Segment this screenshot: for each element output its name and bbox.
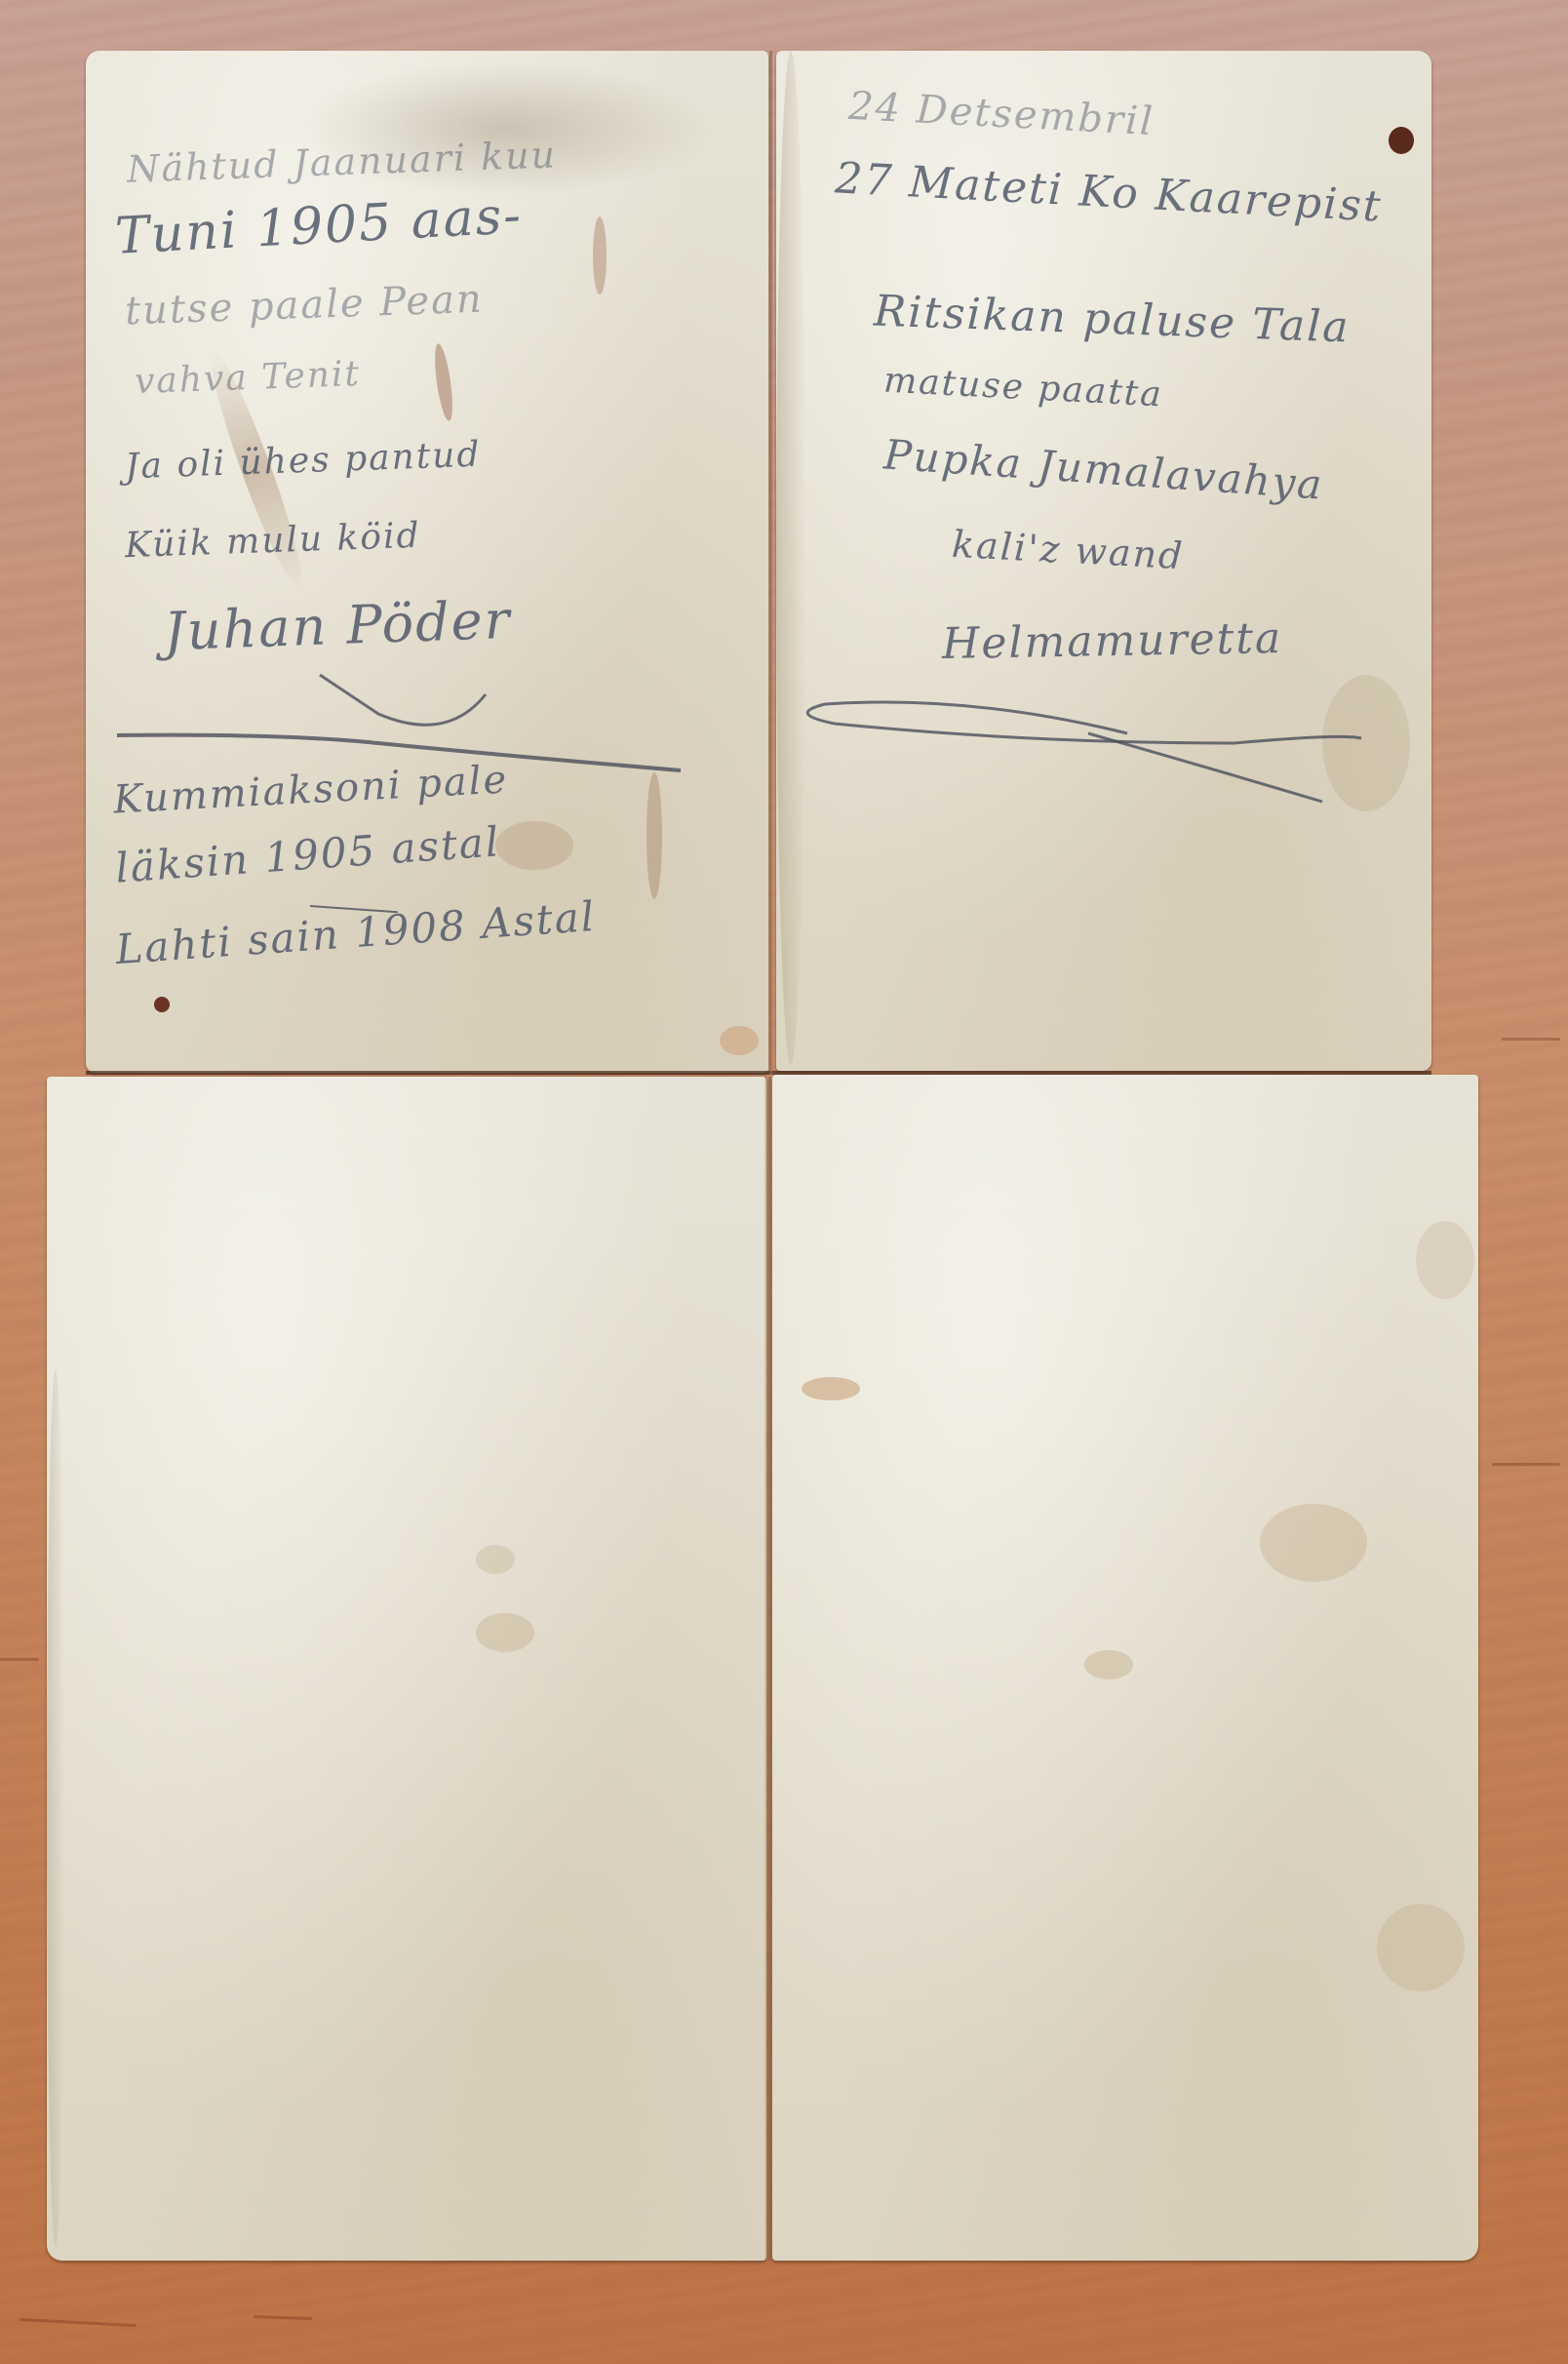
handwritten-line: Küik mulu köid	[124, 516, 421, 567]
horizontal-fold-tear	[86, 1071, 1431, 1075]
page-bottom-left	[47, 1077, 766, 2261]
wood-grain	[1492, 1463, 1560, 1466]
wood-grain	[0, 1658, 39, 1661]
page-bottom-right	[772, 1075, 1478, 2261]
handwritten-line: 27 Mateti Ko Kaarepist	[834, 153, 1384, 231]
stain	[432, 342, 456, 421]
stain	[1416, 1221, 1474, 1299]
vertical-fold	[768, 1077, 771, 2261]
handwritten-line: matuse paatta	[882, 361, 1164, 415]
handwritten-line: Ritsikan paluse Tala	[873, 286, 1351, 352]
stain	[593, 217, 607, 295]
signature-flourish	[776, 675, 1431, 811]
page-top-left: Nähtud Jaanuari kuu Tuni 1905 aas- tutse…	[86, 51, 768, 1073]
handwritten-note: Lahti sain 1908 Astal	[114, 892, 598, 973]
handwritten-line: Pupka Jumalavahya	[882, 430, 1325, 508]
stain	[1260, 1504, 1367, 1582]
stain	[154, 997, 170, 1012]
handwritten-line: vahva Tenit	[134, 354, 361, 402]
stain	[1377, 1904, 1465, 1991]
signature-right: Helmamuretta	[942, 613, 1283, 669]
stain	[495, 821, 573, 870]
handwritten-line: Tuni 1905 aas-	[114, 186, 525, 266]
wood-grain	[20, 2318, 137, 2327]
handwritten-line: kali'z wand	[951, 523, 1185, 577]
stain	[1084, 1650, 1133, 1679]
stain	[720, 1026, 759, 1055]
stain	[802, 1377, 860, 1400]
stain	[776, 51, 805, 1065]
page-top-right: 24 Detsembril 27 Mateti Ko Kaarepist Rit…	[776, 51, 1431, 1071]
fold-crease	[764, 1077, 767, 2261]
stain	[476, 1613, 534, 1652]
stain	[1389, 127, 1414, 154]
vertical-fold	[769, 51, 772, 1075]
wood-grain	[1502, 1038, 1560, 1041]
stain	[47, 1369, 64, 2247]
stain	[476, 1545, 515, 1574]
handwritten-line: 24 Detsembril	[847, 84, 1156, 144]
handwritten-line: Ja oli ühes pantud	[124, 435, 482, 488]
handwritten-note: läksin 1905 astal	[114, 817, 502, 891]
wood-grain	[254, 2315, 312, 2320]
handwritten-line: tutse paale Pean	[124, 277, 484, 335]
